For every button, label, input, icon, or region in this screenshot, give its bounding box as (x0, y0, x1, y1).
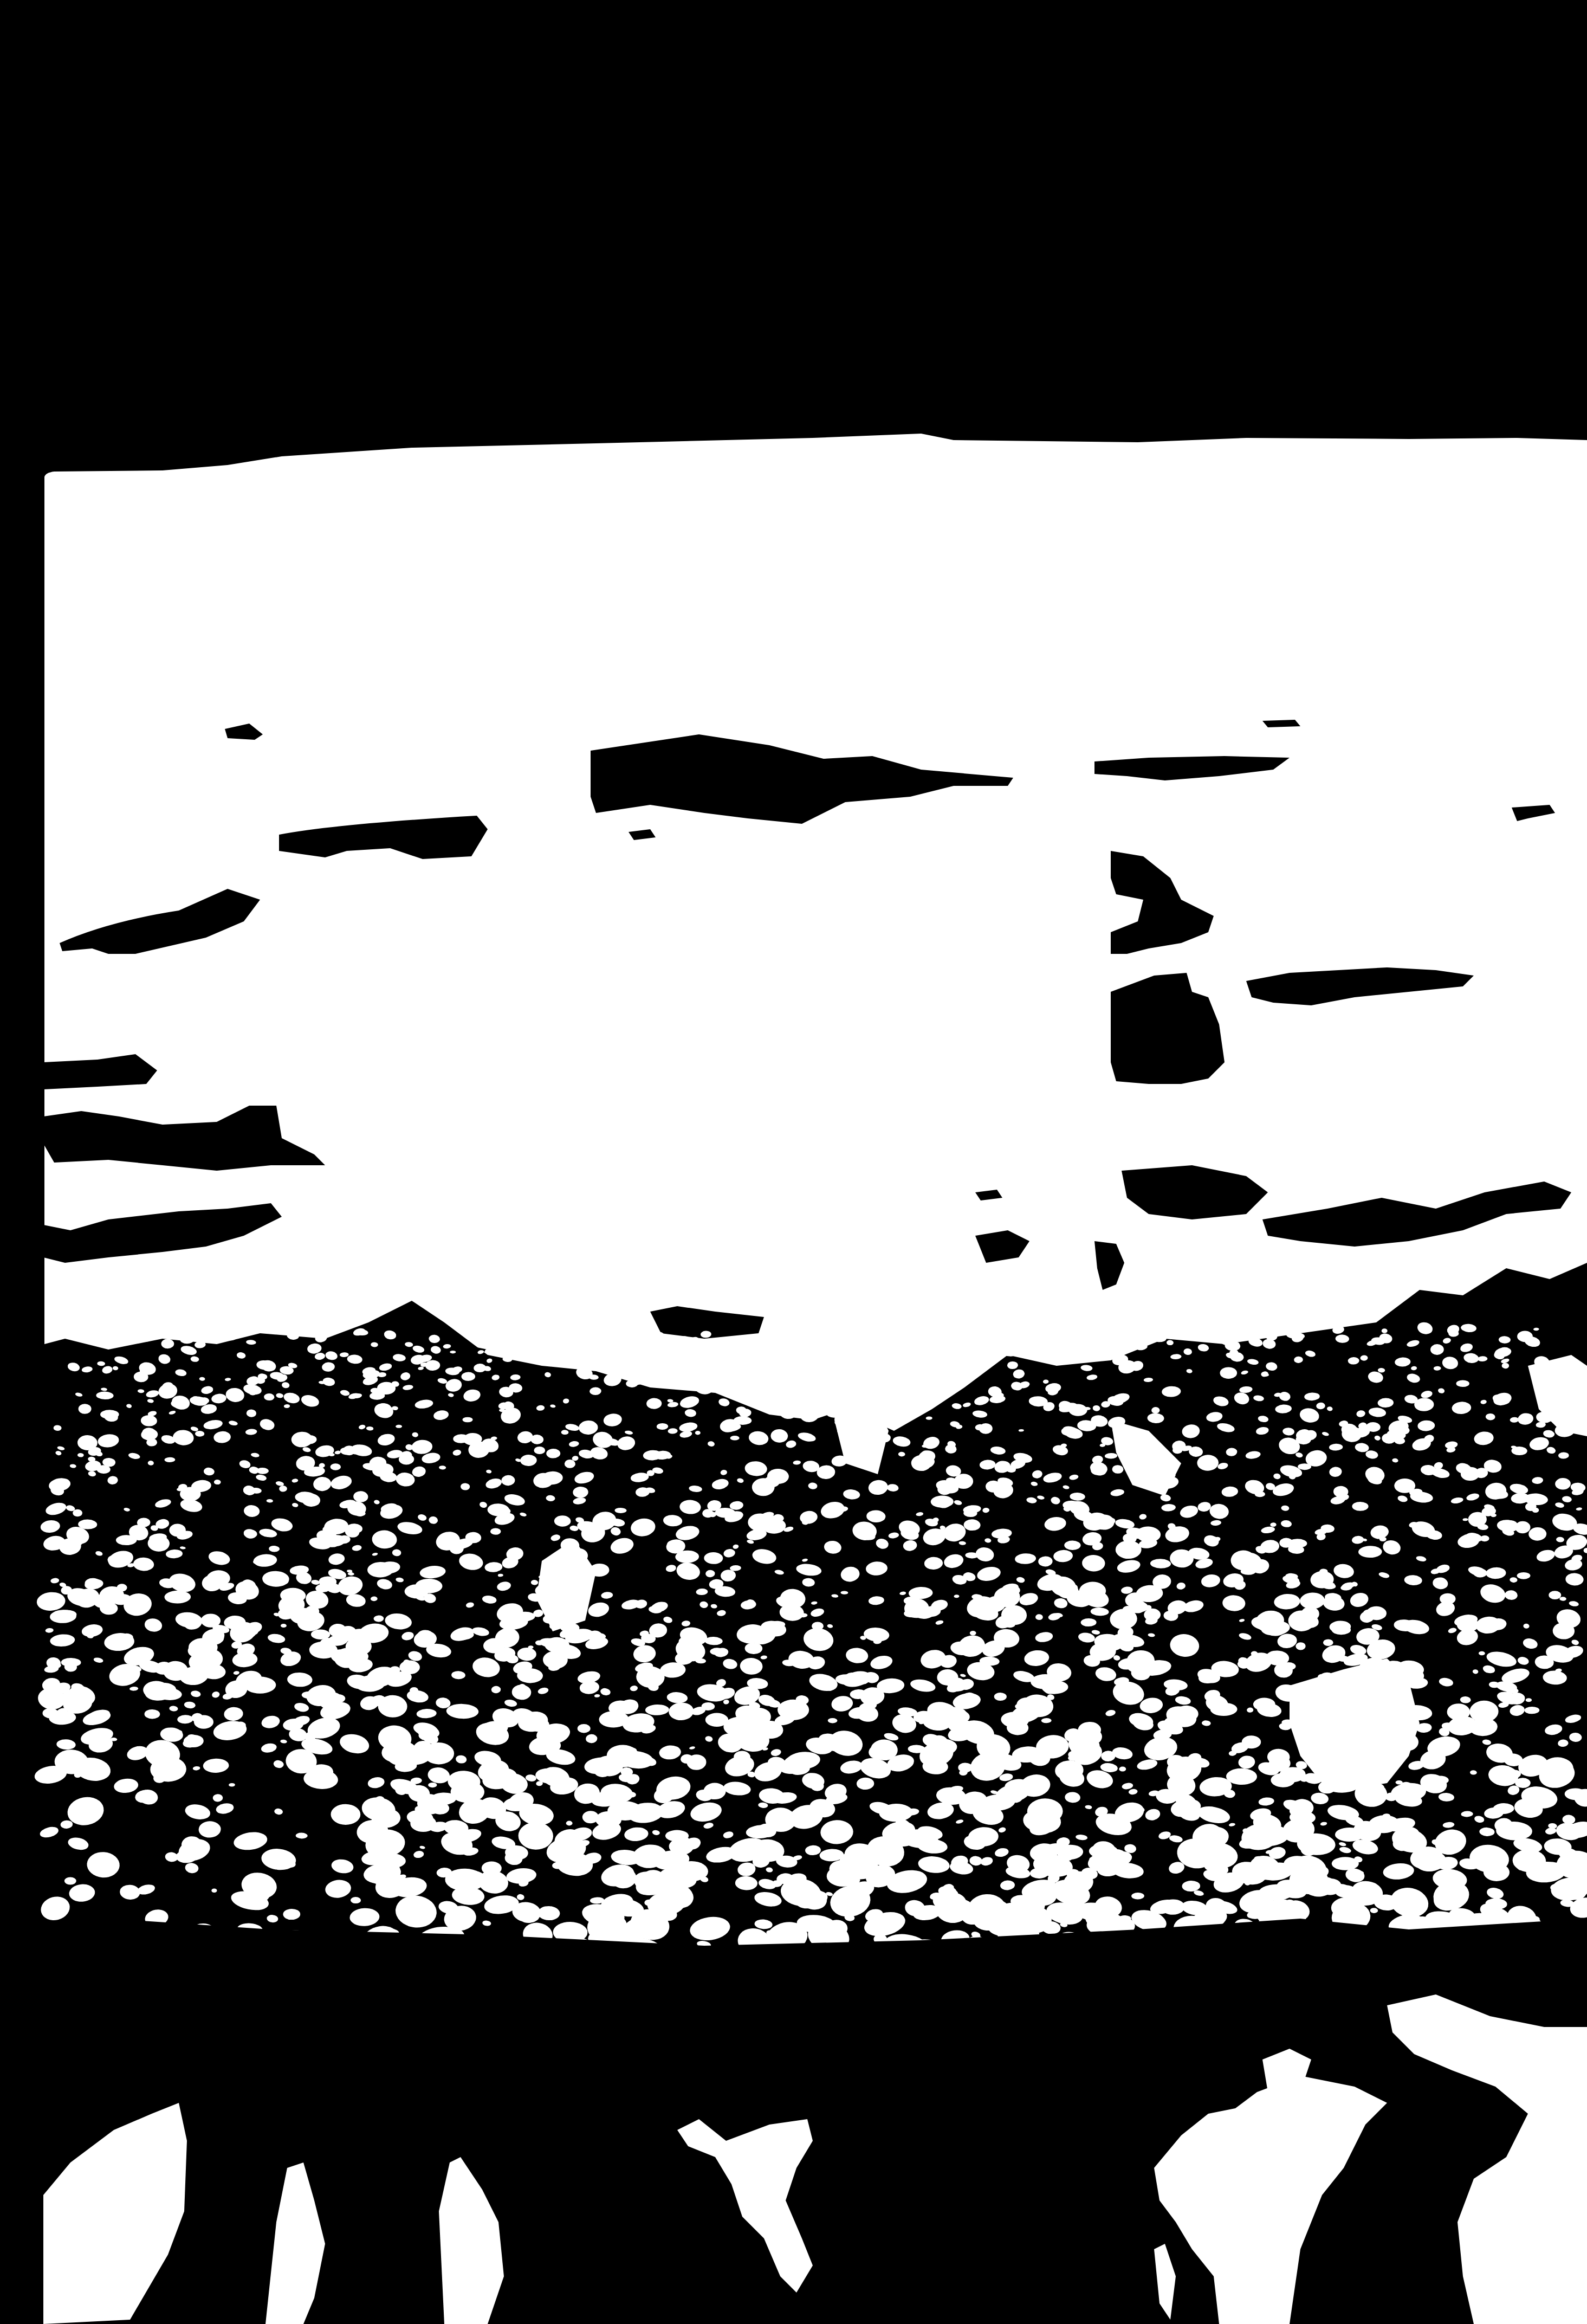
bright-plain (44, 434, 1587, 1431)
binarized-landscape-photo (0, 0, 1587, 2324)
